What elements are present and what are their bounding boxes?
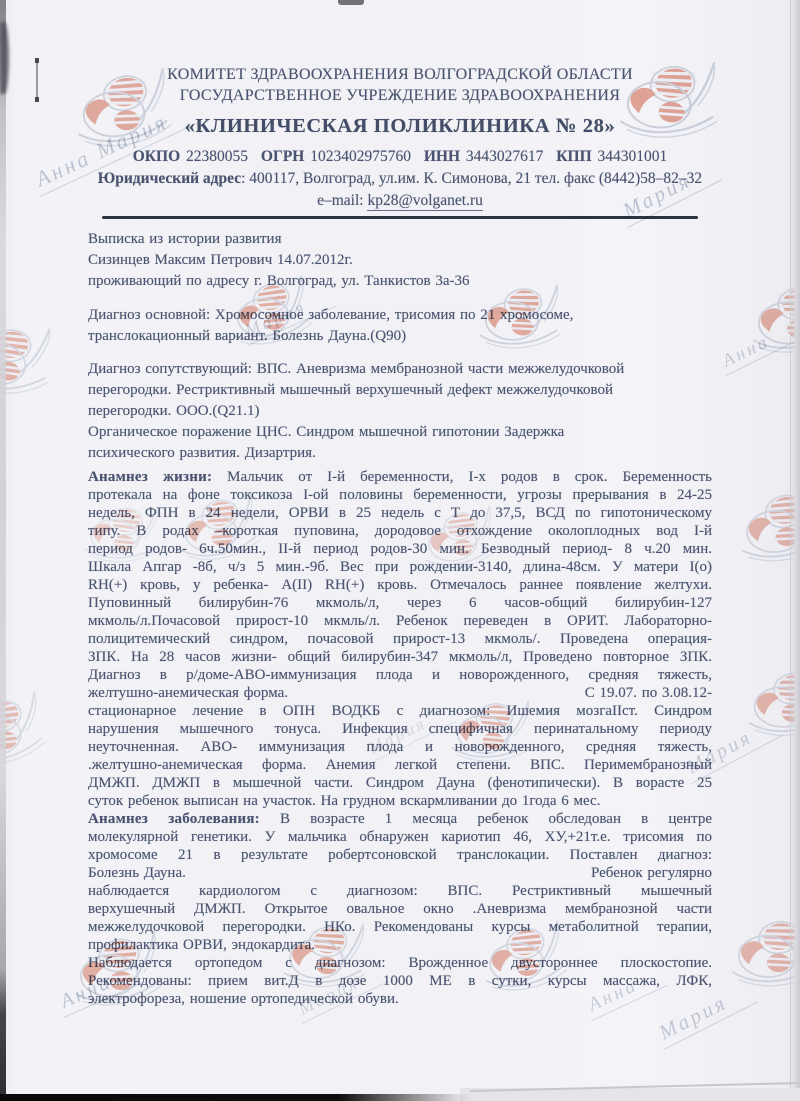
text-line: межжелудочковой перегородки. НКо. Рекоме… xyxy=(88,918,712,936)
text-line: Диагноз сопутствующий: ВПС. Аневризма ме… xyxy=(88,359,712,380)
address-value: : 400117, Волгоград, ул.им. К. Симонова,… xyxy=(241,170,702,187)
org-region-line: КОМИТЕТ ЗДРАВООХРАНЕНИЯ ВОЛГОГРАДСКОЙ ОБ… xyxy=(0,64,800,85)
text-line: Анамнез заболевания: В возрасте 1 месяца… xyxy=(88,810,712,828)
org-email: e–mail: kp28@volganet.ru xyxy=(0,191,800,211)
text-line: Выписка из истории развития xyxy=(88,229,712,250)
text-line: Пуповинный билирубин-76 мкмоль/л, через … xyxy=(88,594,712,612)
document-body: Выписка из истории развития Сизинцев Мак… xyxy=(88,229,712,1008)
text-line: молекулярной генетики. У мальчика обнару… xyxy=(88,828,712,846)
text-line: Шкала Апгар -8б, ч/з 5 мин.-9б. Вес при … xyxy=(88,558,712,576)
text-line: полицитемический синдром, почасовой прир… xyxy=(88,630,712,648)
code-value: 22380055 xyxy=(186,148,248,165)
text-line: недель, ФПН в 24 недели, ОРВИ в 25 недел… xyxy=(88,504,712,522)
anamnesis-life-paragraph: Анамнез жизни: Мальчик от I-й беременнос… xyxy=(88,468,712,810)
org-name: «КЛИНИЧЕСКАЯ ПОЛИКЛИНИКА № 28» xyxy=(0,113,800,140)
code-value: 3443027617 xyxy=(466,148,544,165)
text-line: Рекомендованы: прием вит.Д в дозе 1000 М… xyxy=(88,972,712,990)
text-line: ДМЖП. ДМЖП в мышечной части. Синдром Дау… xyxy=(88,774,712,792)
text-line: проживающий по адресу г. Волгоград, ул. … xyxy=(88,271,712,292)
intro-paragraph: Выписка из истории развития Сизинцев Мак… xyxy=(88,229,712,292)
text-line: Болезнь Дауна. Ребенок регулярно xyxy=(88,864,712,882)
text-line: Органическое поражение ЦНС. Синдром мыше… xyxy=(88,422,712,443)
text-line: период родов- 6ч.50мин., II-й период род… xyxy=(88,540,712,558)
text-line: перегородки. Рестриктивный мышечный верх… xyxy=(88,380,712,401)
text-line: стационарное лечение в ОПН ВОДКБ с диагн… xyxy=(88,702,712,720)
letterhead: КОМИТЕТ ЗДРАВООХРАНЕНИЯ ВОЛГОГРАДСКОЙ ОБ… xyxy=(0,0,800,219)
text-line: электрофореза, ношение ортопедической об… xyxy=(88,990,712,1008)
text-line: мкмоль/л.Почасовой прирост-10 мкмль/л. Р… xyxy=(88,612,712,630)
text-line: наблюдается кардиологом с диагнозом: ВПС… xyxy=(88,882,712,900)
org-address: Юридический адрес: 400117, Волгоград, ул… xyxy=(0,169,800,189)
scanned-document-page: Анна Мария Мария Мария Анна Мария Мария … xyxy=(0,0,800,1101)
paper-edge-bottom xyxy=(470,1082,800,1092)
email-address: kp28@volganet.ru xyxy=(367,192,482,211)
text-line: верхушечный ДМЖП. Открытое овальное окно… xyxy=(88,900,712,918)
text-line: Диагноз в р/доме-АВО-иммунизация плода и… xyxy=(88,666,712,684)
code-label: ОКПО xyxy=(133,148,180,165)
text-line: желтушно-анемическая форма. С 19.07. по … xyxy=(88,684,712,702)
code-label: КПП xyxy=(556,148,591,165)
address-label: Юридический адрес xyxy=(98,170,241,187)
code-value: 344301001 xyxy=(598,148,668,165)
text-line: нарушения мышечного тонуса. Инфекция спе… xyxy=(88,720,712,738)
text-line: психического развития. Дизартрия. xyxy=(88,443,712,464)
section-label: Анамнез заболевания: xyxy=(88,811,260,827)
code-label: ОГРН xyxy=(261,148,304,165)
letterhead-divider xyxy=(102,216,698,219)
text-line: профилактика ОРВИ, эндокардита. xyxy=(88,936,712,954)
code-label: ИНН xyxy=(424,148,460,165)
main-diagnosis-paragraph: Диагноз основной: Хромосомное заболевани… xyxy=(88,305,712,347)
anamnesis-disease-paragraph: Анамнез заболевания: В возрасте 1 месяца… xyxy=(88,810,712,1008)
text-line: Наблюдается ортопедом с диагнозом: Врожд… xyxy=(88,954,712,972)
scan-edge-bottom xyxy=(0,1094,470,1101)
text-line: перегородки. ООО.(Q21.1) xyxy=(88,401,712,422)
text-line: RH(+) кровь, у ребенка- А(II) RH(+) кров… xyxy=(88,576,712,594)
section-label: Анамнез жизни: xyxy=(88,469,212,485)
secondary-diagnosis-paragraph: Диагноз сопутствующий: ВПС. Аневризма ме… xyxy=(88,359,712,464)
text-line: суток ребенок выписан на участок. На гру… xyxy=(88,792,712,810)
text-line: Диагноз основной: Хромосомное заболевани… xyxy=(88,305,712,326)
text-line: типу. В родах –короткая пуповина, дородо… xyxy=(88,522,712,540)
text-line: Анамнез жизни: Мальчик от I-й беременнос… xyxy=(88,468,712,486)
code-value: 1023402975760 xyxy=(310,148,411,165)
scan-shade-bottom-right xyxy=(460,1088,800,1101)
text-line: хромосоме 21 в результате робертсоновско… xyxy=(88,846,712,864)
email-label: e–mail: xyxy=(317,192,364,209)
org-codes: ОКПО 22380055 ОГРН 1023402975760 ИНН 344… xyxy=(0,147,800,167)
org-type-line: ГОСУДАРСТВЕННОЕ УЧРЕЖДЕНИЕ ЗДРАВООХРАНЕН… xyxy=(0,85,800,106)
text-line: неуточненная. АВО- иммунизация плода и н… xyxy=(88,738,712,756)
text-line: транслокационный вариант. Болезнь Дауна.… xyxy=(88,326,712,347)
text-line: протекала на фоне токсикоза I-ой половин… xyxy=(88,486,712,504)
text-line: Сизинцев Максим Петрович 14.07.2012г. xyxy=(88,250,712,271)
text-line: ЗПК. На 28 часов жизни- общий билирубин-… xyxy=(88,648,712,666)
text-line: .желтушно-анемическая форма. Анемия легк… xyxy=(88,756,712,774)
